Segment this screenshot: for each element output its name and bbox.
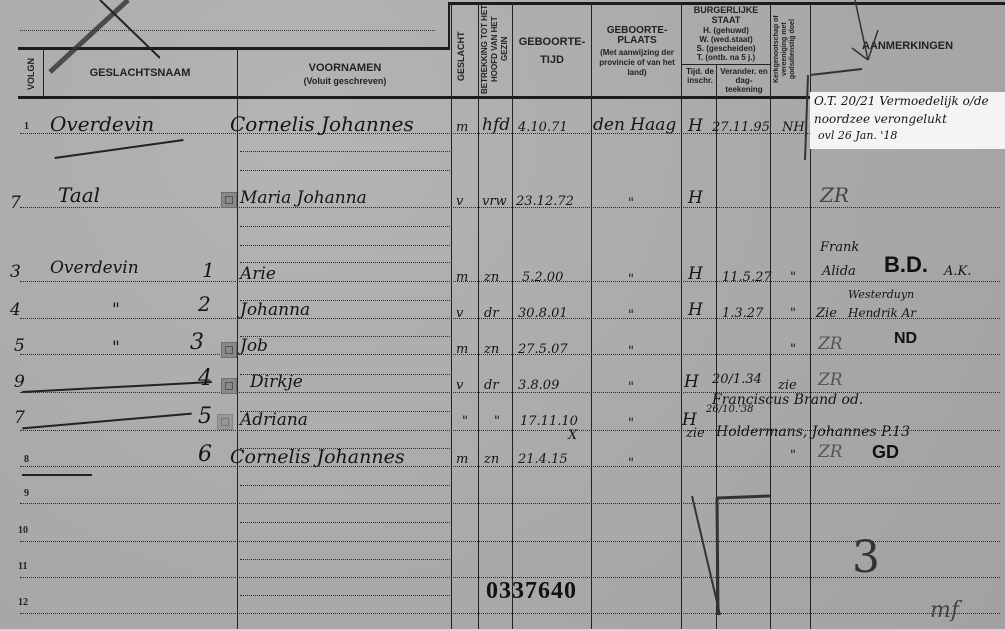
birth-mark-x: X (568, 428, 577, 443)
row-number: 11 (18, 561, 27, 572)
bs-datum-row3: 11.5.27 (722, 270, 772, 285)
header-voornamen: VOORNAMEN (240, 62, 450, 74)
registration-card: VOLGN GESLACHTSNAAM VOORNAMEN (Voluit ge… (0, 0, 1005, 629)
header-geboortetijd-1: GEBOORTE- (514, 36, 590, 48)
voornamen-row2: Maria Johanna (240, 188, 367, 208)
kerk-row8: " (790, 448, 796, 463)
sub-row-line (240, 559, 452, 561)
header-bs-h: H. (gehuwd) (684, 26, 768, 35)
voornamen-row4: Johanna (240, 300, 310, 320)
childno-row7: 5 (198, 404, 212, 429)
note-row3-extra: A.K. (944, 264, 971, 279)
sub-row-line (240, 226, 452, 228)
header-bs-s: S. (gescheiden) (684, 44, 768, 53)
geboortetijd-row8: 21.4.15 (518, 452, 568, 467)
row-number: 12 (18, 597, 28, 608)
volgn-row7: 7 (14, 408, 25, 428)
geboorteplaats-row1: den Haag (593, 115, 676, 135)
voornamen-row8: Cornelis Johannes (230, 446, 405, 468)
sub-row-line (240, 595, 452, 597)
row-line (20, 503, 1000, 505)
header-bs-w: W. (wed.staat) (684, 35, 768, 44)
voornamen-row3: Arie (240, 264, 276, 284)
note-row7-line1: Franciscus Brand od. (712, 392, 863, 408)
header-burgerlijke-staat: BURGERLIJKE STAAT (684, 5, 768, 25)
geslacht-row7: " (462, 414, 468, 429)
stamp-nd: ND (894, 330, 917, 348)
cross-out-mark (40, 0, 160, 75)
bs-row2: H (688, 188, 703, 208)
header-bs-t: T. (ontb. na 5 j.) (684, 53, 768, 62)
underline (54, 139, 183, 159)
row-number: 8 (24, 454, 29, 465)
checkbox-row2[interactable] (221, 192, 237, 208)
geboorteplaats-row6: " (628, 380, 634, 395)
geboortetijd-row7: 17.11.10 (520, 414, 578, 429)
header-bs-verander: Verander. en dag-teekening (718, 67, 770, 94)
kerk-row6: zie (778, 378, 797, 393)
col-divider-geboortetijd (591, 2, 592, 629)
checkbox-row7[interactable] (217, 414, 233, 430)
col-divider-geboorteplaats (681, 2, 682, 629)
sub-row-line (240, 245, 452, 247)
serial-number: 0337640 (486, 578, 577, 605)
betrekking-row6: dr (484, 378, 499, 393)
header-betrekking: BETREKKING TOT HET HOOFD VAN HET GEZIN (480, 4, 510, 94)
note-row5: ZR (818, 334, 843, 354)
betrekking-row4: dr (484, 306, 499, 321)
header-volgn: VOLGN (26, 56, 36, 92)
pasted-note: O.T. 20/21 Vermoedelijk o/de noordzee ve… (810, 92, 1005, 149)
col-divider-betrekking (512, 2, 513, 629)
stamp-gd: GD (872, 442, 899, 463)
geslacht-row3: m (456, 270, 468, 285)
geslacht-row4: v (456, 306, 463, 321)
ditto-line (22, 474, 92, 476)
note-row4-line2: Hendrik Ar (848, 306, 916, 320)
note-row7-line2: Holdermans, Johannes P.13 (716, 424, 910, 440)
note-row3-name2: Alida (822, 264, 856, 279)
geboorteplaats-row4: " (628, 308, 634, 323)
initials: mf (930, 598, 959, 623)
betrekking-row3: zn (484, 270, 499, 285)
note-line3: ovl 26 Jan. '18 (818, 129, 897, 142)
geboortetijd-row6: 3.8.09 (518, 378, 559, 393)
geslacht-row8: m (456, 452, 468, 467)
geboortetijd-row2: 23.12.72 (516, 194, 574, 209)
note-row4-prefix: Zie (816, 306, 837, 321)
row-line (20, 466, 1000, 468)
bs-row4: H (688, 300, 703, 320)
betrekking-row2: vrw (482, 194, 507, 209)
childno-row6: 4 (198, 366, 212, 391)
sub-row-line (240, 485, 452, 487)
betrekking-row1: hfd (482, 115, 510, 135)
header-geboortetijd-2: TIJD (514, 54, 590, 66)
geboorteplaats-row8: " (628, 456, 634, 471)
volgn-handwritten: 7 (10, 193, 21, 213)
betrekking-row5: zn (484, 342, 499, 357)
header-voornamen-sub: (Voluit geschreven) (240, 76, 450, 86)
bs-datum-row6: 20/1.34 (712, 372, 762, 387)
row-number: 10 (18, 525, 28, 536)
kerk-row5: " (790, 342, 796, 357)
header-step-line (448, 2, 450, 49)
note-row7-prefix: zie (686, 426, 705, 441)
note-row3-name1: Frank (820, 240, 859, 255)
header-geslacht: GESLACHT (456, 20, 474, 92)
geboorteplaats-row2: " (628, 196, 634, 211)
bs-row1: H (688, 116, 703, 136)
row-number: 9 (24, 488, 29, 499)
childno-row4: 2 (198, 292, 211, 316)
bs-subheader-line (682, 64, 770, 65)
voornamen-row1: Cornelis Johannes (230, 112, 414, 136)
kerk-row1: NH (782, 120, 805, 135)
childno-row8: 6 (198, 442, 212, 467)
geboortetijd-row1: 4.10.71 (518, 120, 568, 135)
big-number-3: 3 (852, 532, 880, 583)
volgn-row4: 4 (10, 300, 21, 320)
stamp-bd: B.D. (884, 252, 928, 278)
geboortetijd-row4: 30.8.01 (518, 306, 568, 321)
ditto-line (22, 413, 192, 430)
geboorteplaats-row3: " (628, 272, 634, 287)
bs-row3: H (688, 264, 703, 284)
bs-row6: H (684, 372, 699, 392)
childno-row5: 3 (190, 330, 204, 355)
sub-row-line (240, 336, 452, 338)
row-line (20, 354, 1000, 356)
checkbox-row5[interactable] (221, 342, 237, 358)
geslacht-row6: v (456, 378, 463, 393)
geboorteplaats-row5: " (628, 344, 634, 359)
col-divider-geslacht (478, 2, 479, 629)
geslacht-row2: v (456, 194, 463, 209)
geboortetijd-row5: 27.5.07 (518, 342, 568, 357)
geslachtsnaam-row5: " (112, 338, 120, 358)
sub-row-line (240, 151, 452, 153)
note-row4-line1: Westerduyn (848, 288, 914, 301)
kerk-row3: " (790, 270, 796, 285)
geslacht-row5: m (456, 342, 468, 357)
volgn-row3: 3 (10, 262, 21, 282)
geslachtsnaam-row2: Taal (58, 183, 100, 207)
row-line (20, 207, 1000, 209)
geboortetijd-row3: 5.2.00 (522, 270, 563, 285)
childno-row3: 1 (202, 258, 215, 282)
sub-row-line (240, 522, 452, 524)
betrekking-row7: " (494, 414, 500, 429)
note-line2: noordzee verongelukt (814, 112, 947, 126)
geslachtsnaam-row1: Overdevin (50, 112, 154, 136)
note-row2: ZR (820, 183, 849, 207)
bs-datum-row4: 1.3.27 (722, 306, 763, 321)
row-line (20, 613, 1000, 615)
kerk-row4: " (790, 306, 796, 321)
geboorteplaats-row7: " (628, 416, 634, 431)
header-geboorteplaats-sub: (Met aanwijzing der provincie of van het… (595, 48, 679, 78)
geslacht-row1: m (456, 120, 468, 135)
voornamen-row6: Dirkje (250, 372, 303, 392)
col-divider-voornamen (451, 2, 452, 629)
note-row8: ZR (818, 442, 843, 462)
voornamen-row7: Adriana (240, 410, 308, 430)
geslachtsnaam-row3: Overdevin (50, 258, 139, 278)
bs-datum-row1: 27.11.95 (712, 120, 770, 135)
voornamen-row5: Job (240, 336, 268, 356)
volgn-row6: 9 (14, 372, 25, 392)
sub-row-line (240, 170, 452, 172)
bracket-mark (690, 490, 780, 620)
note-line1: O.T. 20/21 Vermoedelijk o/de (814, 94, 989, 108)
note-row6: ZR (818, 370, 843, 390)
volgn-row5: 5 (14, 336, 25, 356)
checkbox-row6[interactable] (221, 378, 237, 394)
row-number: 1 (24, 121, 29, 132)
col-divider-volgn (43, 49, 44, 97)
header-geslachtsnaam: GESLACHTSNAAM (60, 67, 220, 79)
row-line (20, 281, 1000, 283)
header-geboorteplaats-2: PLAATS (593, 36, 681, 46)
header-bs-tijd: Tijd. de inschr. (684, 67, 716, 85)
betrekking-row8: zn (484, 452, 499, 467)
geslachtsnaam-row4: " (112, 300, 120, 320)
